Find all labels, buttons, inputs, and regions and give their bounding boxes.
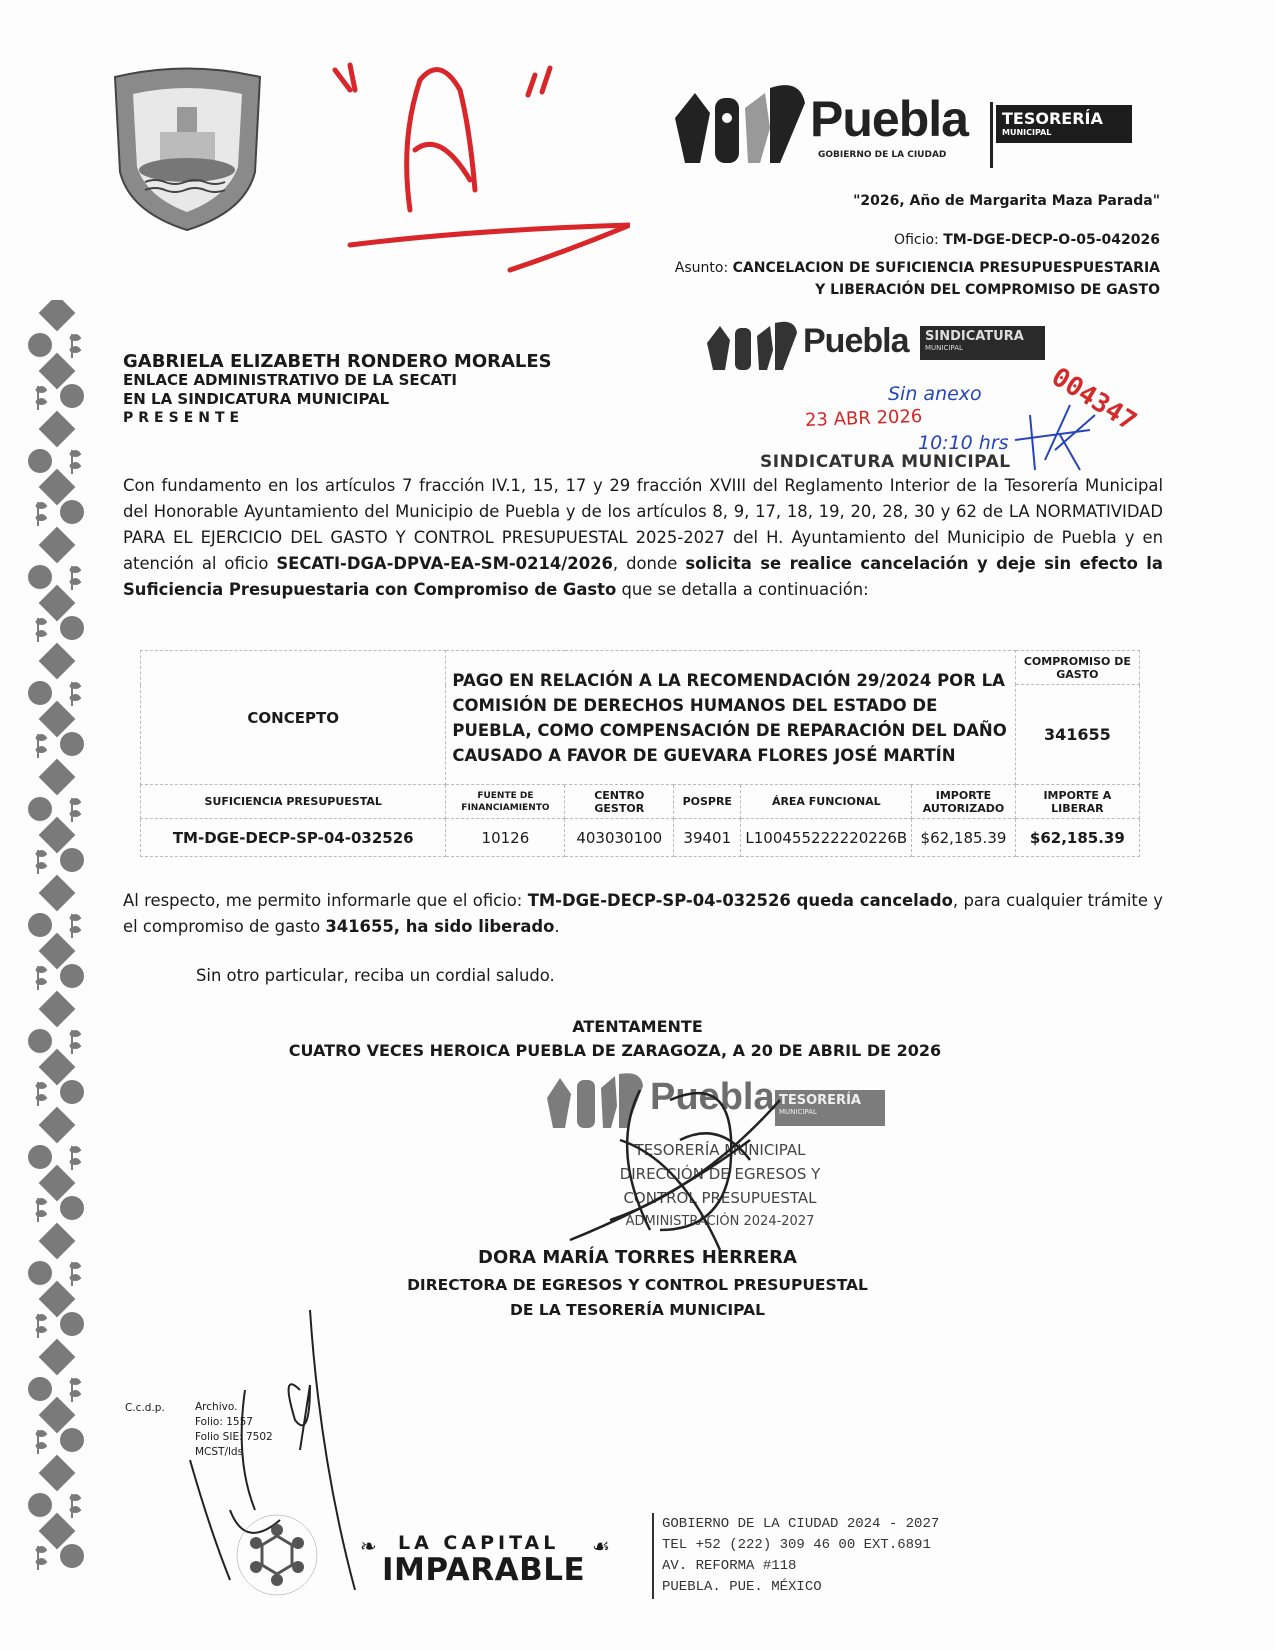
logo-badge-sub: MUNICIPAL bbox=[1002, 128, 1126, 137]
year-motto: "2026, Año de Margarita Maza Parada" bbox=[853, 193, 1160, 209]
p2-bold-2: 341655, ha sido liberado bbox=[325, 917, 554, 936]
stamp-wordmark: Puebla bbox=[803, 322, 908, 361]
cell-centro-gestor: 403030100 bbox=[565, 819, 674, 857]
stamp-badge-title: SINDICATURA bbox=[925, 329, 1040, 344]
city-skyline-icon bbox=[670, 78, 810, 168]
la-capital-imparable-logo: ❧ LA CAPITAL ☙ IMPARABLE bbox=[360, 1532, 620, 1602]
p1-reference: SECATI-DGA-DPVA-EA-SM-0214/2026 bbox=[276, 554, 613, 573]
header-centro-gestor: CENTRO GESTOR bbox=[565, 785, 674, 819]
place-date: CUATRO VECES HEROICA PUEBLA DE ZARAGOZA,… bbox=[0, 1041, 1230, 1060]
compromiso-label: COMPROMISO DE GASTO bbox=[1015, 651, 1139, 685]
header-importe-autorizado: IMPORTE AUTORIZADO bbox=[912, 785, 1016, 819]
cell-importe-liberar: $62,185.39 bbox=[1015, 819, 1139, 857]
footer-contact: GOBIERNO DE LA CIUDAD 2024 - 2027 TEL +5… bbox=[662, 1514, 939, 1598]
stamp-badge-sub: MUNICIPAL bbox=[925, 344, 1040, 352]
cell-area-funcional: L100455222220226B bbox=[741, 819, 912, 857]
header-importe-liberar: IMPORTE A LIBERAR bbox=[1015, 785, 1139, 819]
slogan-line2: IMPARABLE bbox=[382, 1552, 585, 1588]
signer-title-line1: DIRECTORA DE EGRESOS Y CONTROL PRESUPUES… bbox=[0, 1273, 1275, 1298]
asunto-line2: Y LIBERACIÓN DEL COMPROMISO DE GASTO bbox=[815, 282, 1160, 298]
cell-fuente: 10126 bbox=[446, 819, 565, 857]
stamp-badge: SINDICATURA MUNICIPAL bbox=[920, 326, 1045, 360]
signature bbox=[550, 1080, 870, 1260]
footer-line: GOBIERNO DE LA CIUDAD 2024 - 2027 bbox=[662, 1514, 939, 1535]
concepto-text: PAGO EN RELACIÓN A LA RECOMENDACIÓN 29/2… bbox=[446, 651, 1015, 785]
closing-greeting: Sin otro particular, reciba un cordial s… bbox=[196, 966, 555, 985]
reception-time: 10:10 hrs bbox=[918, 432, 1009, 454]
p1-text-3: que se detalla a continuación: bbox=[616, 580, 868, 599]
puebla-tesoreria-logo: Puebla GOBIERNO DE LA CIUDAD TESORERÍA M… bbox=[670, 78, 1140, 168]
norma-igualdad-seal bbox=[232, 1510, 322, 1600]
signer-name: DORA MARÍA TORRES HERRERA bbox=[0, 1247, 1275, 1268]
p2-bold-1: TM-DGE-DECP-SP-04-032526 queda cancelado bbox=[528, 891, 953, 910]
presente: PRESENTE bbox=[123, 409, 552, 428]
cell-suficiencia: TM-DGE-DECP-SP-04-032526 bbox=[141, 819, 446, 857]
footer-divider bbox=[652, 1513, 654, 1599]
stamp-office: SINDICATURA MUNICIPAL bbox=[760, 452, 1011, 472]
recipient-position: ENLACE ADMINISTRATIVO DE LA SECATI bbox=[123, 371, 552, 390]
decorative-border bbox=[22, 300, 92, 1600]
handwritten-note: Sin anexo bbox=[888, 383, 982, 405]
wing-left-icon: ❧ bbox=[360, 1534, 377, 1558]
header-suficiencia: SUFICIENCIA PRESUPUESTAL bbox=[141, 785, 446, 819]
table-row: TM-DGE-DECP-SP-04-032526 10126 403030100… bbox=[141, 819, 1140, 857]
body-paragraph-1: Con fundamento en los artículos 7 fracci… bbox=[123, 473, 1163, 603]
municipal-shield-logo bbox=[105, 62, 270, 232]
header-fuente: FUENTE DE FINANCIAMIENTO bbox=[446, 785, 565, 819]
recipient-block: GABRIELA ELIZABETH RONDERO MORALES ENLAC… bbox=[123, 352, 552, 428]
slogan-line1: LA CAPITAL bbox=[398, 1532, 559, 1554]
recipient-department: EN LA SINDICATURA MUNICIPAL bbox=[123, 390, 552, 409]
oficio-label: Oficio: bbox=[894, 232, 943, 248]
recipient-name: GABRIELA ELIZABETH RONDERO MORALES bbox=[123, 352, 552, 371]
logo-wordmark: Puebla bbox=[810, 90, 968, 148]
body-paragraph-2: Al respecto, me permito informarle que e… bbox=[123, 888, 1163, 940]
footer-phone: TEL +52 (222) 309 46 00 EXT.6891 bbox=[662, 1535, 939, 1556]
header-pospre: POSPRE bbox=[674, 785, 741, 819]
p1-text-2: , donde bbox=[613, 554, 685, 573]
footer-address: AV. REFORMA #118 bbox=[662, 1556, 939, 1577]
table-header-row: SUFICIENCIA PRESUPUESTAL FUENTE DE FINAN… bbox=[141, 785, 1140, 819]
footer-city: PUEBLA. PUE. MÉXICO bbox=[662, 1577, 939, 1598]
logo-divider bbox=[990, 102, 993, 168]
logo-subtitle: GOBIERNO DE LA CIUDAD bbox=[818, 150, 946, 160]
handwritten-mark bbox=[310, 50, 630, 280]
wing-right-icon: ☙ bbox=[592, 1534, 610, 1558]
cell-importe-autorizado: $62,185.39 bbox=[912, 819, 1016, 857]
budget-table: CONCEPTO PAGO EN RELACIÓN A LA RECOMENDA… bbox=[140, 650, 1140, 857]
city-skyline-icon bbox=[705, 318, 800, 373]
cell-pospre: 39401 bbox=[674, 819, 741, 857]
p2-text-3: . bbox=[554, 917, 559, 936]
sindicatura-stamp: Puebla SINDICATURA MUNICIPAL bbox=[705, 318, 1045, 378]
compromiso-value: 341655 bbox=[1015, 685, 1139, 785]
atentamente: ATENTAMENTE bbox=[0, 1017, 1275, 1036]
asunto-label: Asunto: bbox=[675, 260, 733, 276]
asunto-line1: CANCELACION DE SUFICIENCIA PRESUPUESPUES… bbox=[733, 260, 1160, 276]
concepto-label: CONCEPTO bbox=[141, 651, 446, 785]
asunto: Asunto: CANCELACION DE SUFICIENCIA PRESU… bbox=[675, 257, 1160, 301]
logo-badge: TESORERÍA MUNICIPAL bbox=[996, 105, 1132, 143]
oficio-number: Oficio: TM-DGE-DECP-O-05-042026 bbox=[894, 232, 1160, 248]
header-area-funcional: ÁREA FUNCIONAL bbox=[741, 785, 912, 819]
p2-text: Al respecto, me permito informarle que e… bbox=[123, 891, 528, 910]
logo-badge-title: TESORERÍA bbox=[1002, 109, 1126, 128]
oficio-value: TM-DGE-DECP-O-05-042026 bbox=[943, 232, 1160, 248]
reception-date: 23 ABR 2026 bbox=[805, 406, 923, 431]
